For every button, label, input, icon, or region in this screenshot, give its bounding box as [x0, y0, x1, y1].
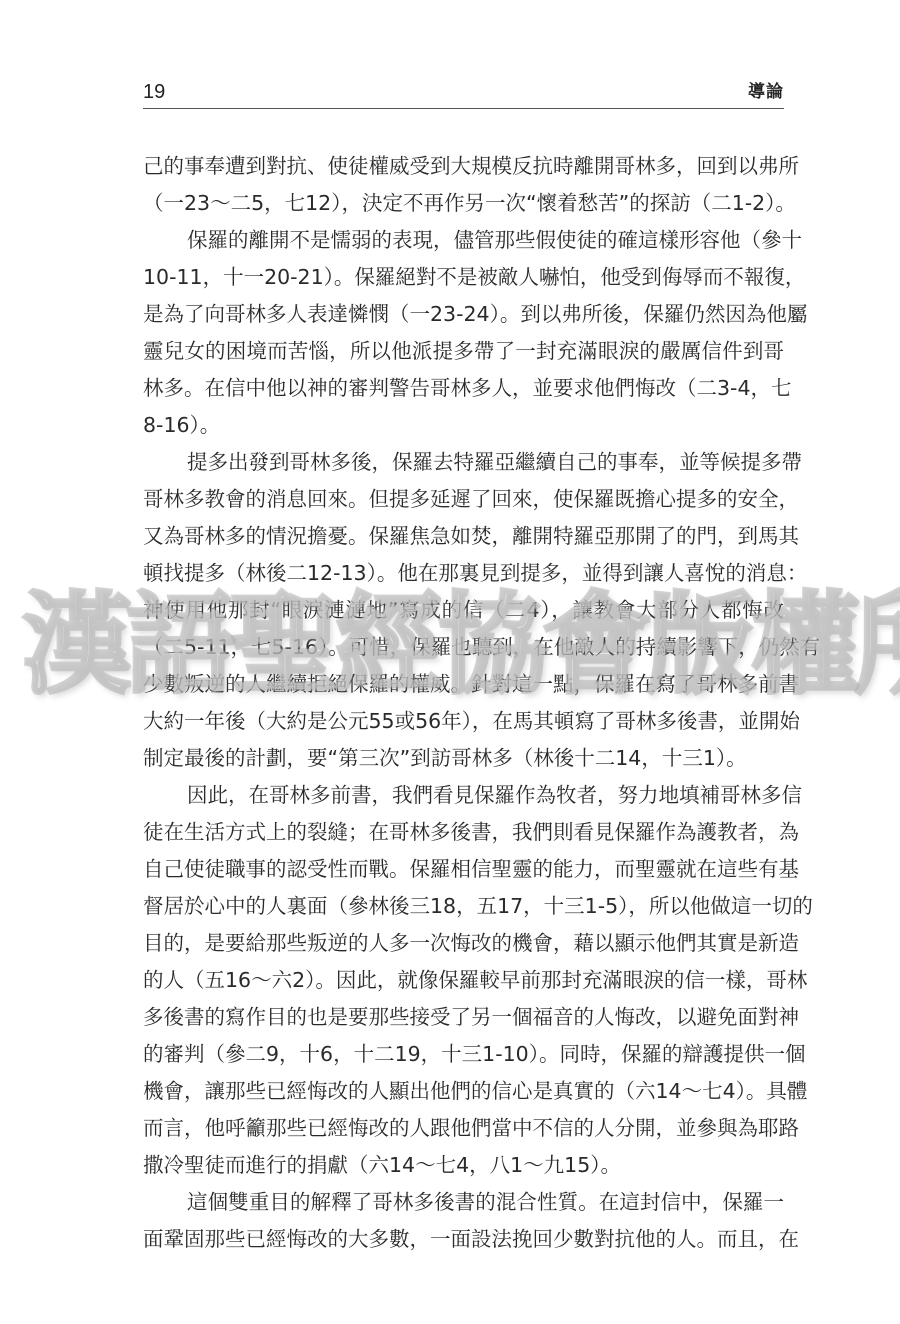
page-number: 19: [143, 80, 165, 104]
text-line: 督居於心中的人裏面（參林後三18，五17，十三1-5），所以他做這一切的: [143, 888, 784, 925]
body-text: 己的事奉遭到對抗、使徒權威受到大規模反抗時離開哥林多，回到以弗所 （一23～二5…: [143, 148, 784, 1258]
text-line: 目的，是要給那些叛逆的人多一次悔改的機會，藉以顯示他們其實是新造: [143, 925, 784, 962]
text-line: 的人（五16～六2）。因此，就像保羅較早前那封充滿眼淚的信一樣，哥林: [143, 962, 784, 999]
text-line: （一23～二5，七12），決定不再作另一次“懷着愁苦”的探訪（二1-2）。: [143, 185, 784, 222]
text-line: 多後書的寫作目的也是要那些接受了另一個福音的人悔改，以避免面對神: [143, 999, 784, 1036]
text-line: 10-11，十一20-21）。保羅絕對不是被敵人嚇怕，他受到侮辱而不報復，: [143, 259, 784, 296]
text-line: 而言，他呼籲那些已經悔改的人跟他們當中不信的人分開，並參與為耶路: [143, 1110, 784, 1147]
book-page: 19 導論 己的事奉遭到對抗、使徒權威受到大規模反抗時離開哥林多，回到以弗所 （…: [0, 0, 900, 1324]
text-line: 又為哥林多的情況擔憂。保羅焦急如焚，離開特羅亞那開了的門，到馬其: [143, 518, 784, 555]
running-header: 19 導論: [143, 80, 784, 109]
text-line: 大約一年後（大約是公元55或56年），在馬其頓寫了哥林多後書，並開始: [143, 703, 784, 740]
text-line: 林多。在信中他以神的審判警告哥林多人，並要求他們悔改（二3-4，七: [143, 370, 784, 407]
text-line: 徒在生活方式上的裂縫；在哥林多後書，我們則看見保羅作為護教者，為: [143, 814, 784, 851]
text-line: 是為了向哥林多人表達憐憫（一23-24）。到以弗所後，保羅仍然因為他屬: [143, 296, 784, 333]
text-line: 自己使徒職事的認受性而戰。保羅相信聖靈的能力，而聖靈就在這些有基: [143, 851, 784, 888]
text-line: 8-16）。: [143, 407, 784, 444]
text-line: 提多出發到哥林多後，保羅去特羅亞繼續自己的事奉，並等候提多帶: [143, 444, 784, 481]
text-line: 頓找提多（林後二12-13）。他在那裏見到提多，並得到讓人喜悅的消息：: [143, 555, 784, 592]
text-line: 撒冷聖徒而進行的捐獻（六14～七4，八1～九15）。: [143, 1147, 784, 1184]
chapter-title: 導論: [748, 80, 784, 104]
text-line: 靈兒女的困境而苦惱，所以他派提多帶了一封充滿眼淚的嚴厲信件到哥: [143, 333, 784, 370]
text-line: 機會，讓那些已經悔改的人顯出他們的信心是真實的（六14～七4）。具體: [143, 1073, 784, 1110]
text-line: 己的事奉遭到對抗、使徒權威受到大規模反抗時離開哥林多，回到以弗所: [143, 148, 784, 185]
text-line: 面鞏固那些已經悔改的大多數，一面設法挽回少數對抗他的人。而且，在: [143, 1221, 784, 1258]
text-line: 少數叛逆的人繼續拒絕保羅的權威。針對這一點，保羅在寫了哥林多前書: [143, 666, 784, 703]
text-line: 神使用他那封“眼淚漣漣地”寫成的信（二4），讓教會大部分人都悔改: [143, 592, 784, 629]
text-line: 制定最後的計劃，要“第三次”到訪哥林多（林後十二14，十三1）。: [143, 740, 784, 777]
text-line: 因此，在哥林多前書，我們看見保羅作為牧者，努力地填補哥林多信: [143, 777, 784, 814]
text-line: 哥林多教會的消息回來。但提多延遲了回來，使保羅既擔心提多的安全，: [143, 481, 784, 518]
text-line: 保羅的離開不是懦弱的表現，儘管那些假使徒的確這樣形容他（參十: [143, 222, 784, 259]
text-line: 這個雙重目的解釋了哥林多後書的混合性質。在這封信中，保羅一: [143, 1184, 784, 1221]
text-line: （二5-11，七5-16）。可惜，保羅也聽到，在他敵人的持續影響下，仍然有: [143, 629, 784, 666]
text-line: 的審判（參二9，十6，十二19，十三1-10）。同時，保羅的辯護提供一個: [143, 1036, 784, 1073]
